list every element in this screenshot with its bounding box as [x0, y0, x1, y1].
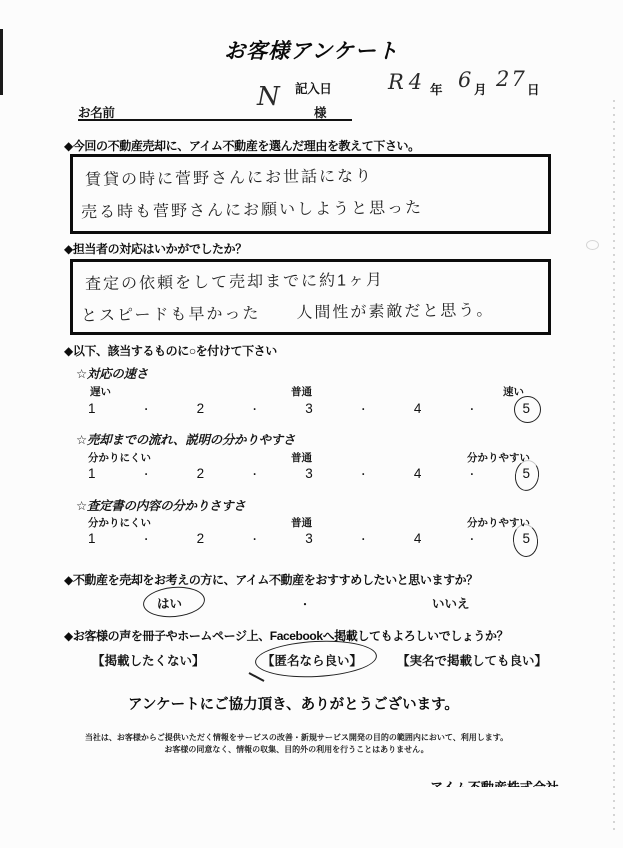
- name-underline: [78, 119, 352, 121]
- scale-mid-label: 普通: [291, 515, 312, 530]
- question-reason-heading: ◆今回の不動産売却に、アイム不動産を選んだ理由を教えて下さい。: [64, 137, 420, 154]
- date-month-handwritten: 6: [458, 68, 471, 92]
- publish-option-no-publish: 【掲載したくない】: [92, 651, 205, 669]
- recommend-separator: ・: [300, 596, 310, 611]
- rating-value-1: 1: [88, 401, 96, 416]
- scale-dot: ・: [358, 401, 368, 416]
- publish-option-anonymous-selected: 【匿名なら良い】: [262, 651, 362, 669]
- scale-max-label: 分かりやすい: [467, 450, 530, 465]
- scale-max-label: 分かりやすい: [467, 515, 530, 530]
- question-recommend-heading: ◆不動産を売却をお考えの方に、アイム不動産をおすすめしたいと思いますか？: [64, 571, 478, 588]
- scale-mid-label: 普通: [291, 450, 312, 465]
- date-year-unit: 年: [430, 80, 442, 98]
- recommend-option-no: いいえ: [432, 594, 470, 612]
- rating-value-4: 4: [414, 531, 422, 546]
- rating-value-1: 1: [88, 466, 96, 481]
- rating-value-2: 2: [197, 401, 205, 416]
- scale-dot: ・: [141, 466, 151, 481]
- scale-max-label: 速い: [503, 384, 524, 399]
- question-publish-heading: ◆お客様の声を冊子やホームページ上、Facebookへ掲載してもよろしいでしょう…: [64, 627, 508, 644]
- publish-anonymous-label: 【匿名なら良い】: [262, 654, 362, 668]
- rating-value-3: 3: [305, 401, 313, 416]
- rating-value-3: 3: [305, 466, 313, 481]
- rating-value-5: 5: [522, 466, 530, 481]
- answer-line: とスピードも早かった 人間性が素敵だと思う。: [81, 297, 495, 326]
- scale-appraisal-title: ☆査定書の内容の分かりさすさ: [76, 496, 246, 514]
- scale-min-label: 遅い: [90, 384, 111, 399]
- rating-value-2: 2: [197, 466, 205, 481]
- rating-value-5-selected: 5: [522, 401, 530, 416]
- recommend-option-yes: はい: [157, 594, 182, 612]
- name-value-handwritten: N: [257, 82, 280, 112]
- scale-mid-label: 普通: [291, 384, 312, 399]
- scale-dot: ・: [250, 531, 260, 546]
- scale-dot: ・: [467, 531, 477, 546]
- scale-dot: ・: [141, 531, 151, 546]
- question-staff-heading: ◆担当者の対応はいかがでしたか？: [64, 240, 247, 257]
- scan-speckle: [586, 240, 599, 250]
- answer-box-staff: 査定の依頼をして売却までに約1ヶ月 とスピードも早かった 人間性が素敵だと思う。: [70, 259, 551, 335]
- scale-speed-labels: 遅い 普通 速い: [88, 384, 530, 398]
- scan-edge-artifact-right: [613, 100, 615, 835]
- answer-box-reason: 賃貸の時に菅野さんにお世話になり 売る時も菅野さんにお願いしようと思った: [70, 154, 551, 234]
- publish-option-real-name: 【実名で掲載しても良い】: [397, 651, 547, 669]
- rating-value-4: 4: [414, 401, 422, 416]
- page-title: お客様アンケート: [0, 35, 623, 65]
- rating-value-5: 5: [522, 401, 530, 416]
- scale-appraisal-labels: 分かりにくい 普通 分かりやすい: [88, 515, 530, 529]
- rating-value-1: 1: [88, 531, 96, 546]
- rating-value-5: 5: [522, 531, 530, 546]
- name-honorific: 様: [314, 103, 326, 121]
- scale-flow-labels: 分かりにくい 普通 分かりやすい: [88, 450, 530, 464]
- scale-dot: ・: [250, 466, 260, 481]
- recommend-yes-wrap: はい: [157, 594, 182, 612]
- company-name-clipped: アイム不動産株式会社: [430, 777, 570, 787]
- answer-line: 売る時も菅野さんにお願いしようと思った: [81, 195, 423, 223]
- date-day-unit: 日: [527, 80, 539, 98]
- scale-dot: ・: [141, 401, 151, 416]
- scale-speed-values: 1 ・ 2 ・ 3 ・ 4 ・ 5: [88, 401, 530, 416]
- scale-flow-values: 1 ・ 2 ・ 3 ・ 4 ・ 5: [88, 466, 530, 481]
- scale-dot: ・: [467, 401, 477, 416]
- handwritten-circle-tail: [249, 672, 265, 682]
- date-label: 記入日: [295, 79, 332, 97]
- scanned-survey-form: お客様アンケート 記入日 R4 年 6 月 27 日 お名前 N 様 ◆今回の不…: [0, 0, 623, 848]
- scale-appraisal-values: 1 ・ 2 ・ 3 ・ 4 ・ 5: [88, 531, 530, 546]
- privacy-notice-line1: 当社は、お客様からご提供いただく情報をサービスの改善・新規サービス開発の目的の範…: [0, 732, 593, 743]
- date-year-handwritten: R4: [388, 70, 427, 94]
- privacy-notice-line2: お客様の同意なく、情報の収集、目的外の利用を行うことはありません。: [0, 744, 593, 755]
- scale-flow-title: ☆売却までの流れ、説明の分かりやすさ: [76, 430, 295, 448]
- scale-dot: ・: [358, 466, 368, 481]
- scale-min-label: 分かりにくい: [88, 515, 151, 530]
- scale-dot: ・: [250, 401, 260, 416]
- answer-line: 査定の依頼をして売却までに約1ヶ月: [85, 267, 384, 294]
- rating-value-2: 2: [197, 531, 205, 546]
- scale-dot: ・: [467, 466, 477, 481]
- rating-value-5-selected: 5: [522, 466, 530, 481]
- scale-min-label: 分かりにくい: [88, 450, 151, 465]
- date-month-unit: 月: [474, 80, 486, 98]
- scale-dot: ・: [358, 531, 368, 546]
- rating-value-4: 4: [414, 466, 422, 481]
- thank-you-message: アンケートにご協力頂き、ありがとうございます。: [0, 693, 587, 714]
- rating-value-5-selected: 5: [522, 531, 530, 546]
- scale-speed-title: ☆対応の速さ: [76, 364, 148, 382]
- answer-line: 賃貸の時に菅野さんにお世話になり: [85, 163, 373, 190]
- date-day-handwritten: 27: [496, 67, 527, 91]
- recommend-yes-label: はい: [157, 597, 182, 611]
- rating-value-3: 3: [305, 531, 313, 546]
- rating-section-heading: ◆以下、該当するものに○を付けて下さい: [64, 342, 277, 359]
- publish-anonymous-wrap: 【匿名なら良い】: [262, 651, 362, 669]
